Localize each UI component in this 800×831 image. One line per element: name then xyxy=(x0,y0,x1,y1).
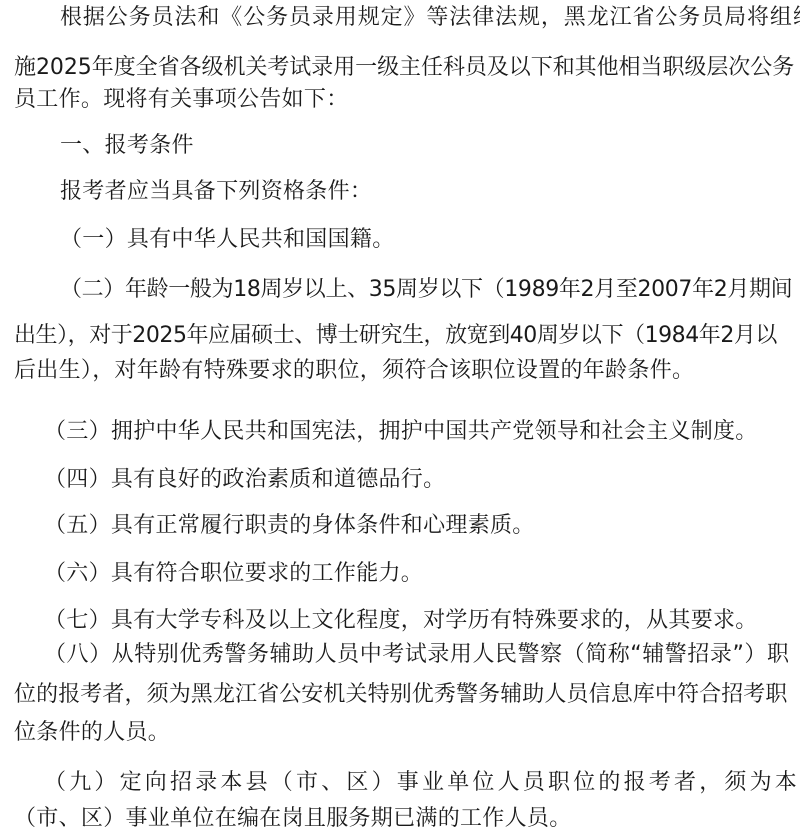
condition-line: （六）具有符合职位要求的工作能力。 xyxy=(44,559,423,589)
condition-line: （四）具有良好的政治素质和道德品行。 xyxy=(44,465,445,495)
condition-line: （八）从特别优秀警务辅助人员中考试录用人民警察（简称“辅警招录”）职 xyxy=(44,640,790,670)
condition-line: 出生），对于2025年应届硕士、博士研究生，放宽到40周岁以下（1984年2月以 xyxy=(14,321,777,351)
intro-line-1: 根据公务员法和《公务员录用规定》等法律法规，黑龙江省公务员局将组织实 xyxy=(60,3,800,33)
condition-line: 位条件的人员。 xyxy=(14,718,170,748)
intro-line-2: 施2025年度全省各级机关考试录用一级主任科员及以下和其他相当职级层次公务 xyxy=(14,53,794,83)
intro-line-3: 员工作。现将有关事项公告如下： xyxy=(14,85,349,115)
condition-line: （市、区）事业单位在编在岗且服务期已满的工作人员。 xyxy=(14,804,572,831)
condition-line: （九）定向招录本县（市、区）事业单位人员职位的报考者，须为本县 xyxy=(44,768,800,798)
section-heading: 一、报考条件 xyxy=(60,131,194,161)
lead-sentence: 报考者应当具备下列资格条件： xyxy=(60,177,372,207)
condition-line: （二）年龄一般为18周岁以上、35周岁以下（1989年2月至2007年2月期间 xyxy=(60,275,792,305)
condition-line: 位的报考者，须为黑龙江省公安机关特别优秀警务辅助人员信息库中符合招考职 xyxy=(14,680,788,710)
condition-line: （三）拥护中华人民共和国宪法，拥护中国共产党领导和社会主义制度。 xyxy=(44,417,758,447)
condition-line: （一）具有中华人民共和国国籍。 xyxy=(60,225,395,255)
condition-line: 后出生），对年龄有特殊要求的职位，须符合该职位设置的年龄条件。 xyxy=(14,356,694,386)
condition-line: （七）具有大学专科及以上文化程度，对学历有特殊要求的，从其要求。 xyxy=(44,606,758,636)
condition-line: （五）具有正常履行职责的身体条件和心理素质。 xyxy=(44,511,535,541)
